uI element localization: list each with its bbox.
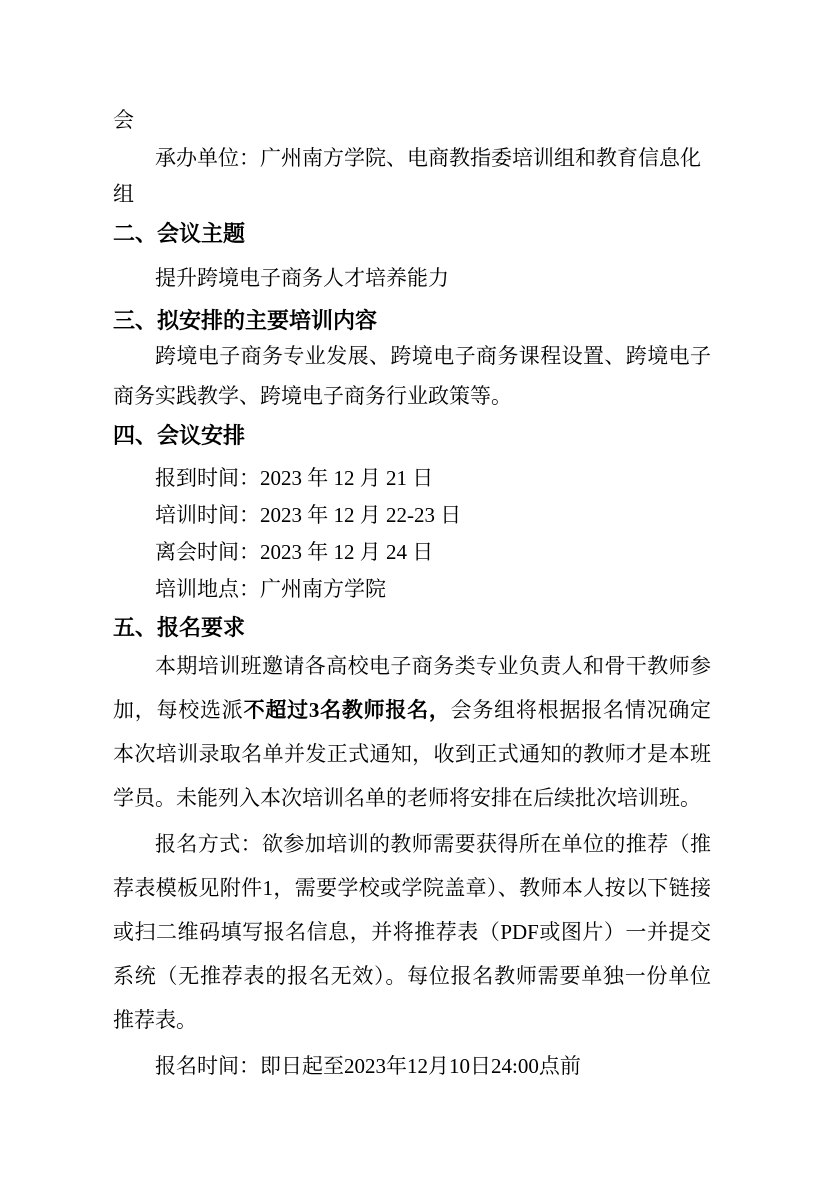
registration-deadline-line: 报名时间：即日起至2023年12月10日24:00点前 <box>113 1044 711 1088</box>
schedule-item-location: 培训地点：广州南方学院 <box>113 571 711 608</box>
schedule-item-training: 培训时间：2023 年 12 月 22-23 日 <box>113 497 711 534</box>
registration-method-paragraph: 报名方式：欲参加培训的教师需要获得所在单位的推荐（推荐表模板见附件1，需要学校或… <box>113 822 711 1042</box>
document-page: 会 承办单位：广州南方学院、电商教指委培训组和教育信息化组 二、会议主题 提升跨… <box>0 0 834 1188</box>
registration-requirements-paragraph: 本期培训班邀请各高校电子商务类专业负责人和骨干教师参加，每校选派不超过3名教师报… <box>113 644 711 820</box>
registration-requirements-text-bold: 不超过3名教师报名， <box>244 698 451 722</box>
schedule-item-departure: 离会时间：2023 年 12 月 24 日 <box>113 534 711 571</box>
organizer-line: 承办单位：广州南方学院、电商教指委培训组和教育信息化组 <box>113 140 711 212</box>
section-content-body: 跨境电子商务专业发展、跨境电子商务课程设置、跨境电子商务实践教学、跨境电子商务行… <box>113 336 711 416</box>
schedule-item-checkin: 报到时间：2023 年 12 月 21 日 <box>113 460 711 497</box>
section-schedule-heading: 四、会议安排 <box>113 421 711 451</box>
section-content-heading: 三、拟安排的主要培训内容 <box>113 306 711 336</box>
section-theme-body: 提升跨境电子商务人才培养能力 <box>113 260 711 296</box>
section-theme-heading: 二、会议主题 <box>113 219 711 249</box>
continuation-line: 会 <box>113 102 711 138</box>
section-registration-heading: 五、报名要求 <box>113 613 711 643</box>
schedule-list: 报到时间：2023 年 12 月 21 日 培训时间：2023 年 12 月 2… <box>113 460 711 608</box>
